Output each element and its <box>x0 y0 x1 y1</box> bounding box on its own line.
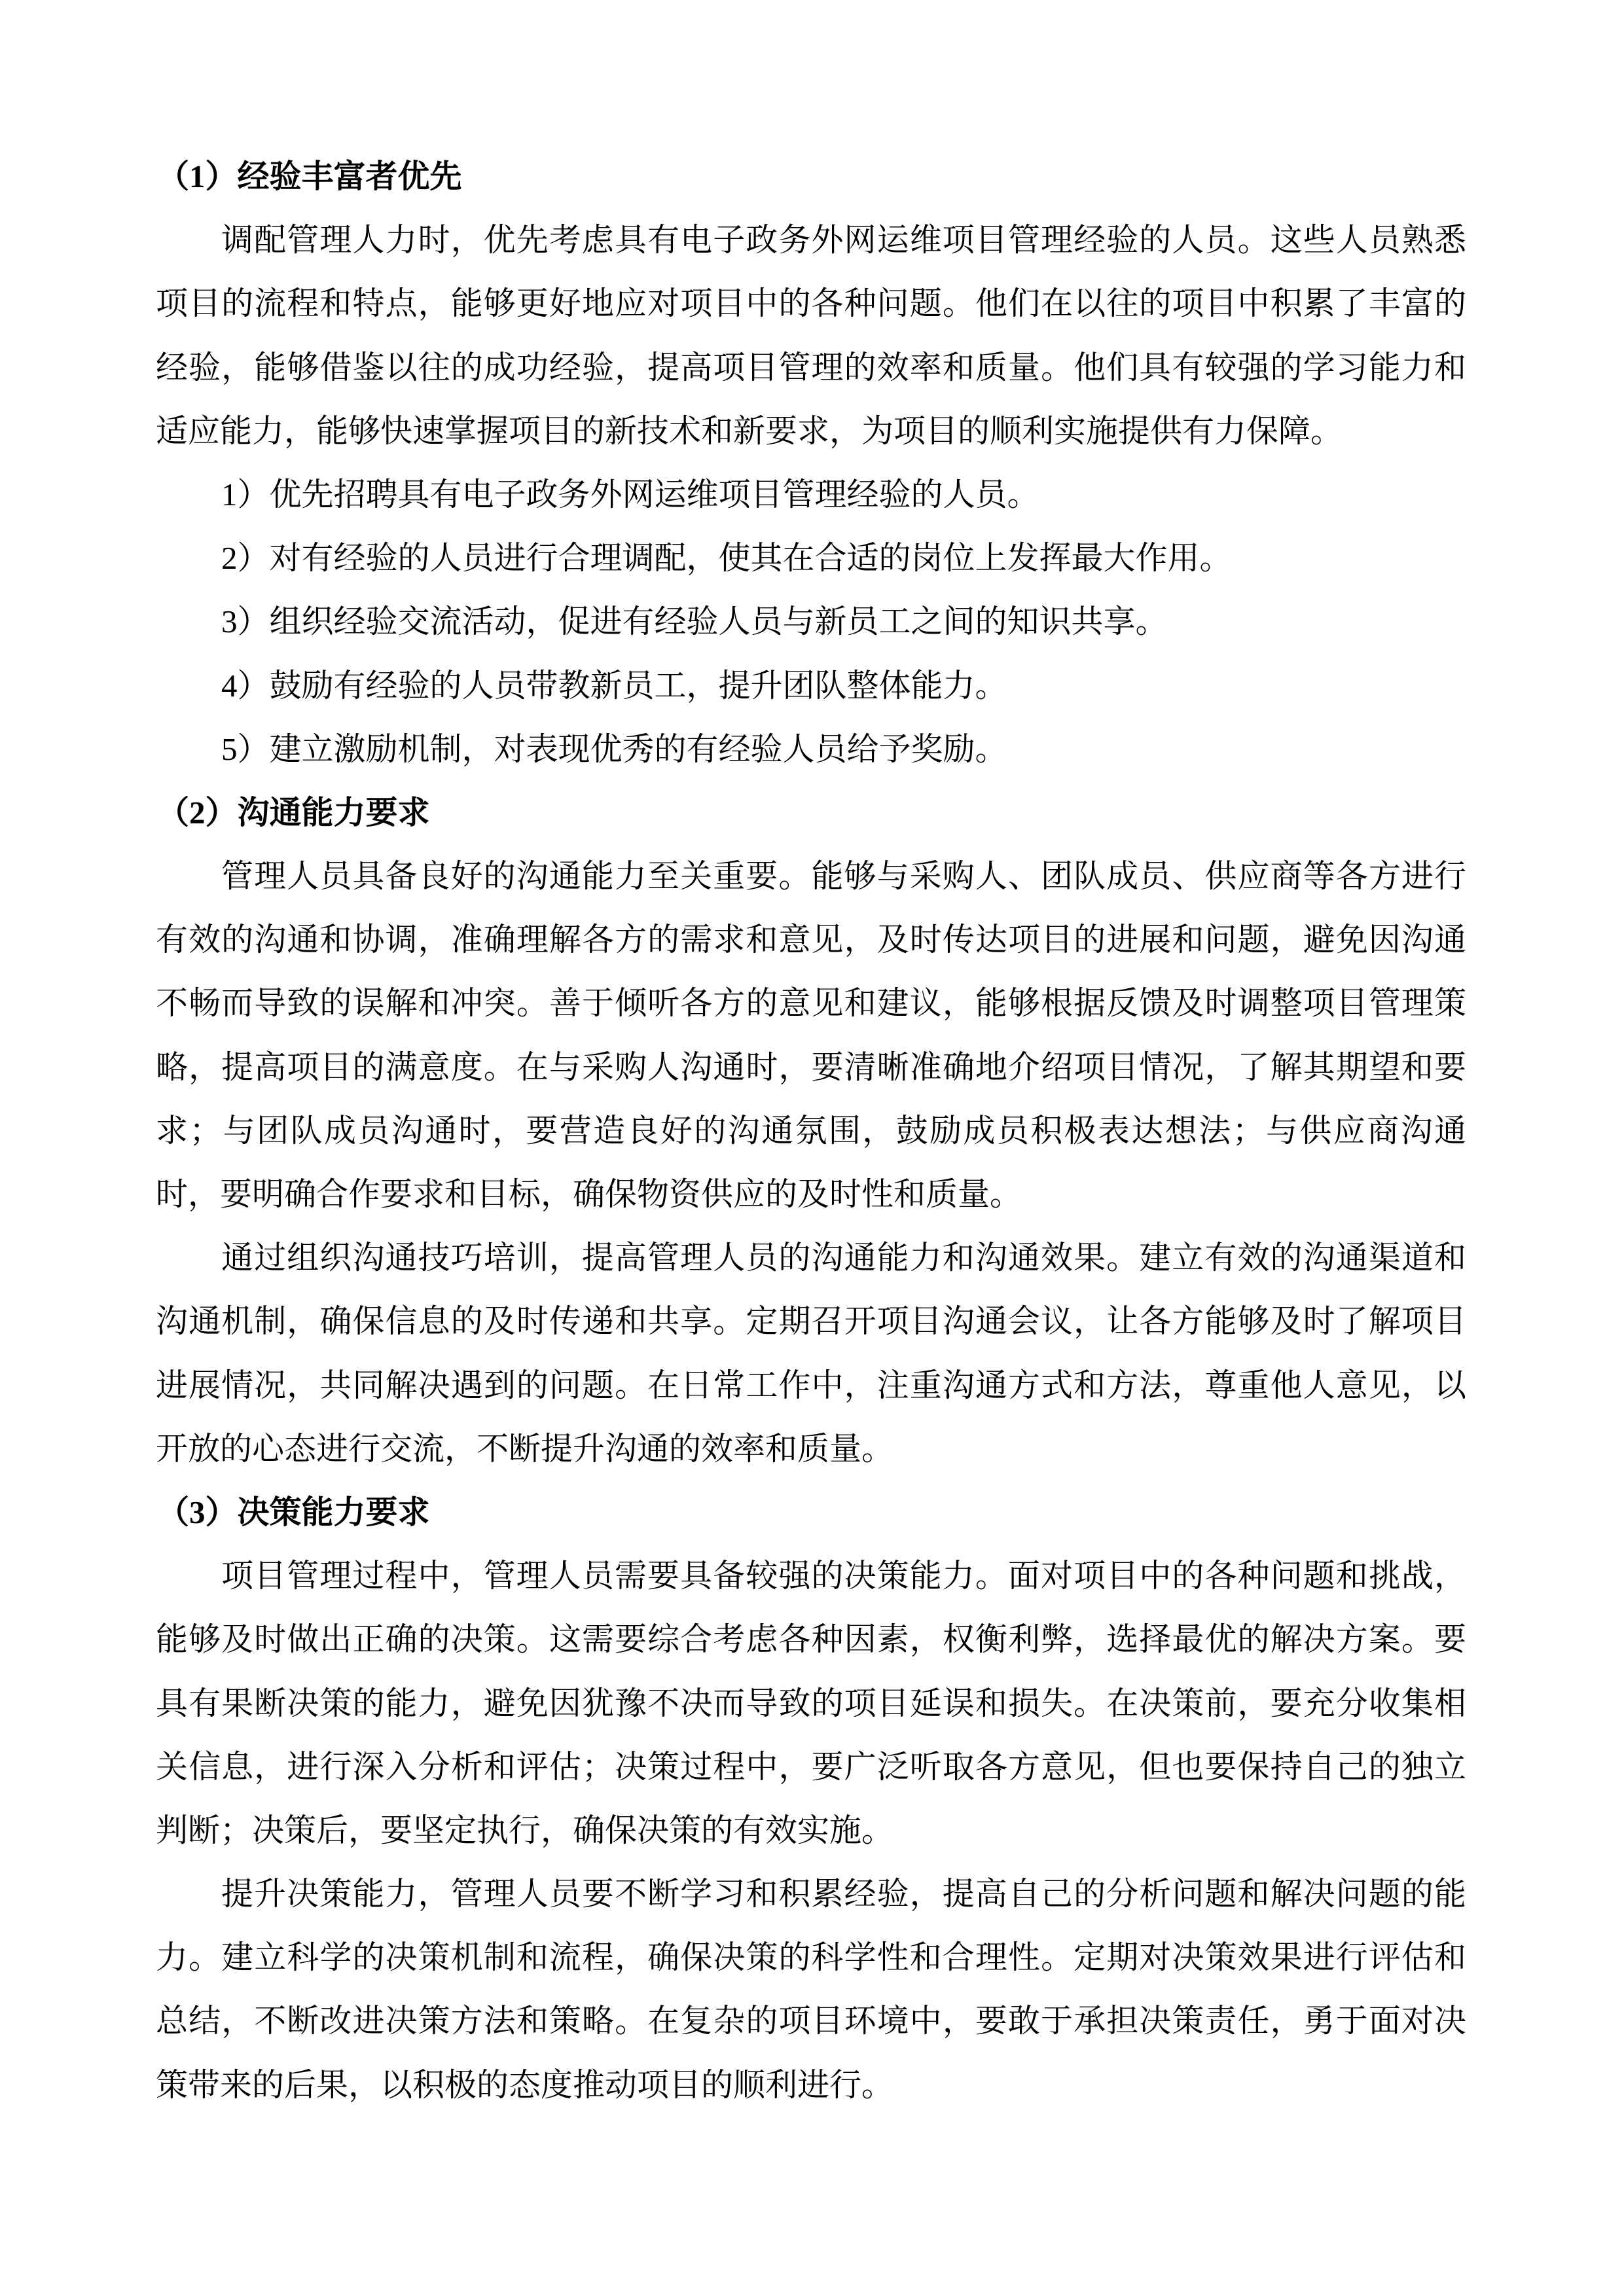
section-heading: （3）决策能力要求 <box>156 1480 1466 1544</box>
paragraph-line: 项目的流程和特点，能够更好地应对项目中的各种问题。他们在以往的项目中积累了丰富的 <box>156 272 1466 335</box>
paragraph-line: 经验，能够借鉴以往的成功经验，提高项目管理的效率和质量。他们具有较强的学习能力和 <box>156 336 1466 399</box>
numbered-list: 1）优先招聘具有电子政务外网运维项目管理经验的人员。 2）对有经验的人员进行合理… <box>156 463 1466 781</box>
paragraph: 调配管理人力时，优先考虑具有电子政务外网运维项目管理经验的人员。这些人员熟悉 项… <box>156 208 1466 463</box>
paragraph-line: 适应能力，能够快速掌握项目的新技术和新要求，为项目的顺利实施提供有力保障。 <box>156 399 1466 463</box>
paragraph-line: 有效的沟通和协调，准确理解各方的需求和意见，及时传达项目的进展和问题，避免因沟通 <box>156 908 1466 971</box>
paragraph-line: 通过组织沟通技巧培训，提高管理人员的沟通能力和沟通效果。建立有效的沟通渠道和 <box>156 1226 1466 1289</box>
section-communication-ability: （2）沟通能力要求 管理人员具备良好的沟通能力至关重要。能够与采购人、团队成员、… <box>156 781 1466 1480</box>
paragraph-line: 不畅而导致的误解和冲突。善于倾听各方的意见和建议，能够根据反馈及时调整项目管理策 <box>156 971 1466 1035</box>
paragraph: 管理人员具备良好的沟通能力至关重要。能够与采购人、团队成员、供应商等各方进行 有… <box>156 844 1466 1226</box>
paragraph-line: 略，提高项目的满意度。在与采购人沟通时，要清晰准确地介绍项目情况，了解其期望和要 <box>156 1035 1466 1099</box>
paragraph-line: 总结，不断改进决策方法和策略。在复杂的项目环境中，要敢于承担决策责任，勇于面对决 <box>156 1989 1466 2053</box>
paragraph-line: 进展情况，共同解决遇到的问题。在日常工作中，注重沟通方式和方法，尊重他人意见，以 <box>156 1354 1466 1417</box>
paragraph-line: 能够及时做出正确的决策。这需要综合考虑各种因素，权衡利弊，选择最优的解决方案。要 <box>156 1607 1466 1671</box>
section-heading: （2）沟通能力要求 <box>156 781 1466 844</box>
paragraph-line: 策带来的后果，以积极的态度推动项目的顺利进行。 <box>156 2053 1466 2117</box>
paragraph-line: 具有果断决策的能力，避免因犹豫不决而导致的项目延误和损失。在决策前，要充分收集相 <box>156 1672 1466 1735</box>
paragraph-line: 调配管理人力时，优先考虑具有电子政务外网运维项目管理经验的人员。这些人员熟悉 <box>156 208 1466 272</box>
paragraph: 提升决策能力，管理人员要不断学习和积累经验，提高自己的分析问题和解决问题的能 力… <box>156 1862 1466 2117</box>
paragraph-line: 沟通机制，确保信息的及时传递和共享。定期召开项目沟通会议，让各方能够及时了解项目 <box>156 1289 1466 1353</box>
list-item: 3）组织经验交流活动，促进有经验人员与新员工之间的知识共享。 <box>156 590 1466 653</box>
paragraph-line: 提升决策能力，管理人员要不断学习和积累经验，提高自己的分析问题和解决问题的能 <box>156 1862 1466 1926</box>
paragraph-line: 力。建立科学的决策机制和流程，确保决策的科学性和合理性。定期对决策效果进行评估和 <box>156 1926 1466 1989</box>
paragraph-line: 求；与团队成员沟通时，要营造良好的沟通氛围，鼓励成员积极表达想法；与供应商沟通 <box>156 1099 1466 1162</box>
paragraph-line: 判断；决策后，要坚定执行，确保决策的有效实施。 <box>156 1799 1466 1862</box>
section-experience-priority: （1）经验丰富者优先 调配管理人力时，优先考虑具有电子政务外网运维项目管理经验的… <box>156 145 1466 781</box>
paragraph-line: 开放的心态进行交流，不断提升沟通的效率和质量。 <box>156 1417 1466 1480</box>
document-page: （1）经验丰富者优先 调配管理人力时，优先考虑具有电子政务外网运维项目管理经验的… <box>156 145 1466 2117</box>
paragraph-line: 关信息，进行深入分析和评估；决策过程中，要广泛听取各方意见，但也要保持自己的独立 <box>156 1735 1466 1799</box>
section-heading: （1）经验丰富者优先 <box>156 145 1466 208</box>
paragraph-line: 管理人员具备良好的沟通能力至关重要。能够与采购人、团队成员、供应商等各方进行 <box>156 844 1466 908</box>
paragraph: 通过组织沟通技巧培训，提高管理人员的沟通能力和沟通效果。建立有效的沟通渠道和 沟… <box>156 1226 1466 1480</box>
list-item: 2）对有经验的人员进行合理调配，使其在合适的岗位上发挥最大作用。 <box>156 526 1466 590</box>
section-decision-ability: （3）决策能力要求 项目管理过程中，管理人员需要具备较强的决策能力。面对项目中的… <box>156 1480 1466 2117</box>
paragraph: 项目管理过程中，管理人员需要具备较强的决策能力。面对项目中的各种问题和挑战， 能… <box>156 1544 1466 1862</box>
list-item: 1）优先招聘具有电子政务外网运维项目管理经验的人员。 <box>156 463 1466 526</box>
paragraph-line: 时，要明确合作要求和目标，确保物资供应的及时性和质量。 <box>156 1162 1466 1226</box>
paragraph-line: 项目管理过程中，管理人员需要具备较强的决策能力。面对项目中的各种问题和挑战， <box>156 1544 1466 1607</box>
list-item: 5）建立激励机制，对表现优秀的有经验人员给予奖励。 <box>156 717 1466 781</box>
list-item: 4）鼓励有经验的人员带教新员工，提升团队整体能力。 <box>156 654 1466 717</box>
